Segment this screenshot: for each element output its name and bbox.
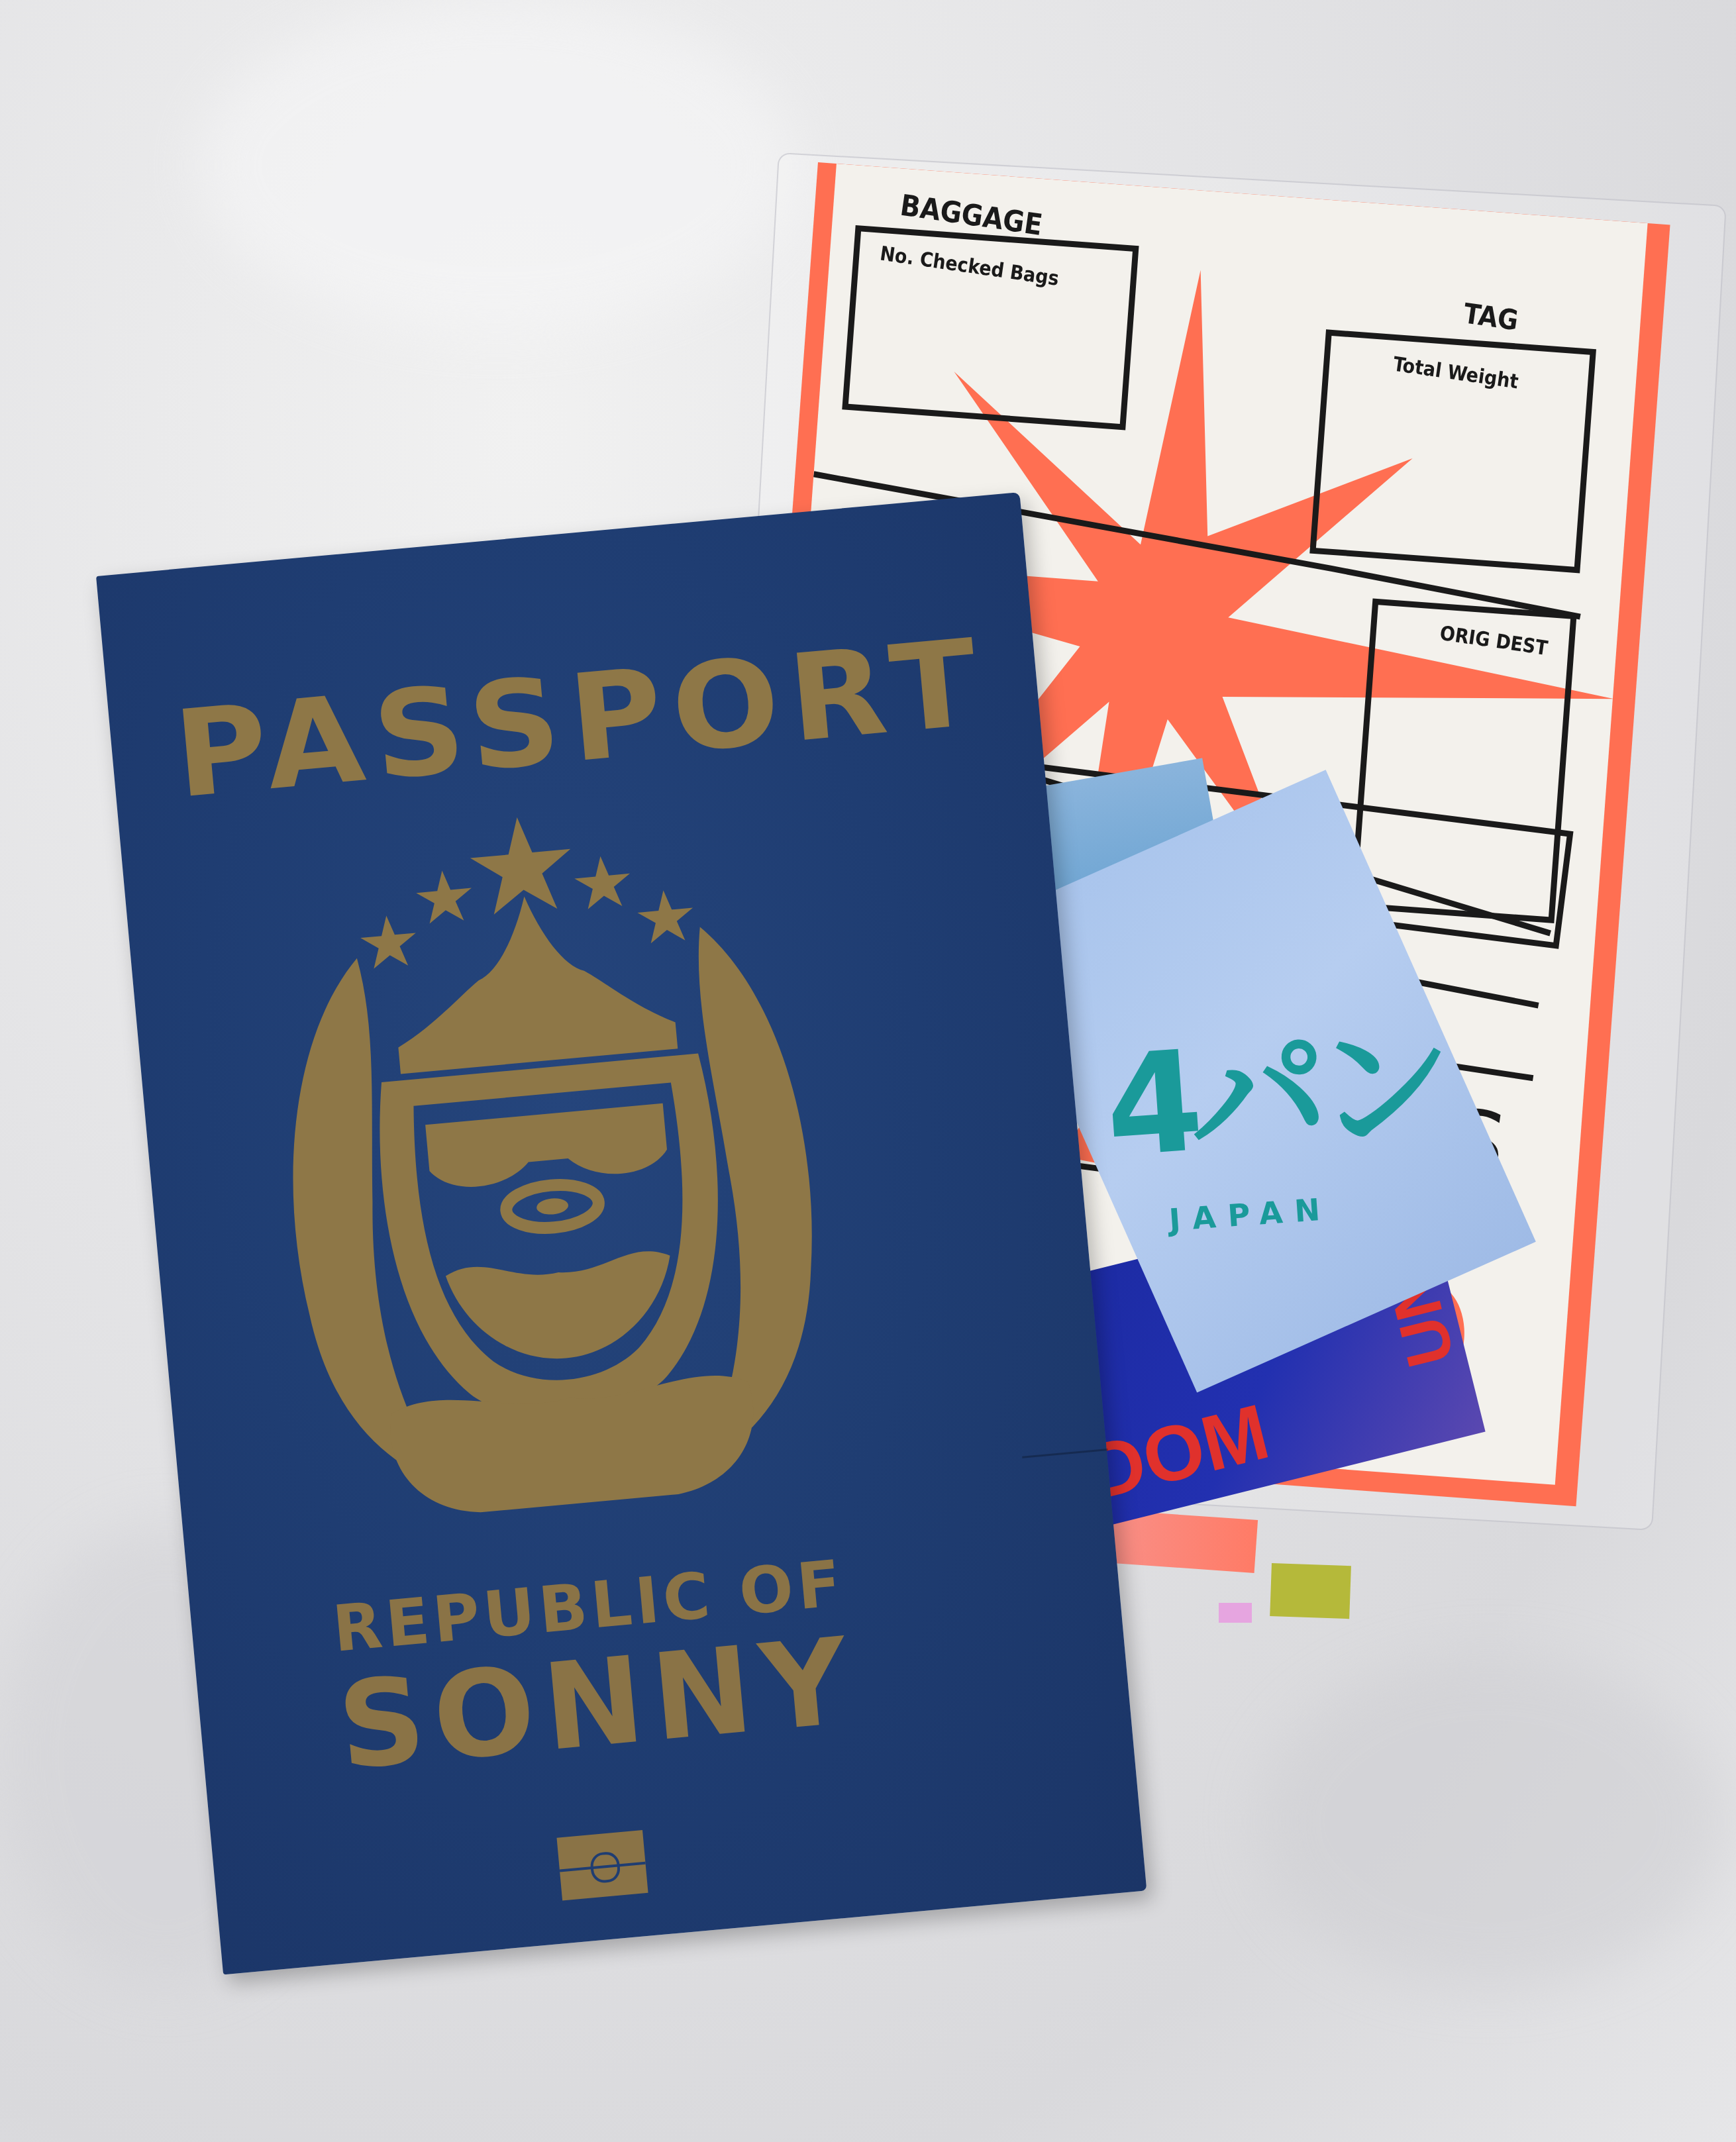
cover-fold-crease [1020, 1429, 1107, 1458]
biometric-chip-icon [556, 1830, 648, 1900]
tag-header: TAG [1461, 297, 1520, 336]
checked-bags-label: No. Checked Bags [878, 242, 1060, 290]
fabric-highlight [199, 0, 795, 331]
ticket-card-lilac [1219, 1603, 1252, 1623]
passport-title: PASSPORT [146, 611, 1017, 827]
japan-card-glyphs: 4パン [1098, 973, 1447, 1196]
total-weight-label: Total Weight [1392, 353, 1520, 394]
passport-booklet[interactable]: PASSPORT REPUBLIC OF SONNY [96, 492, 1147, 1974]
orig-dest-label: ORIG DEST [1439, 622, 1550, 660]
fabric-fold-shadow [1258, 1656, 1722, 1987]
japan-card-word: JAPAN [1168, 1191, 1333, 1238]
crest-with-sunglasses-crown-stars-icon [246, 793, 851, 1541]
ticket-card-olive [1270, 1563, 1351, 1619]
